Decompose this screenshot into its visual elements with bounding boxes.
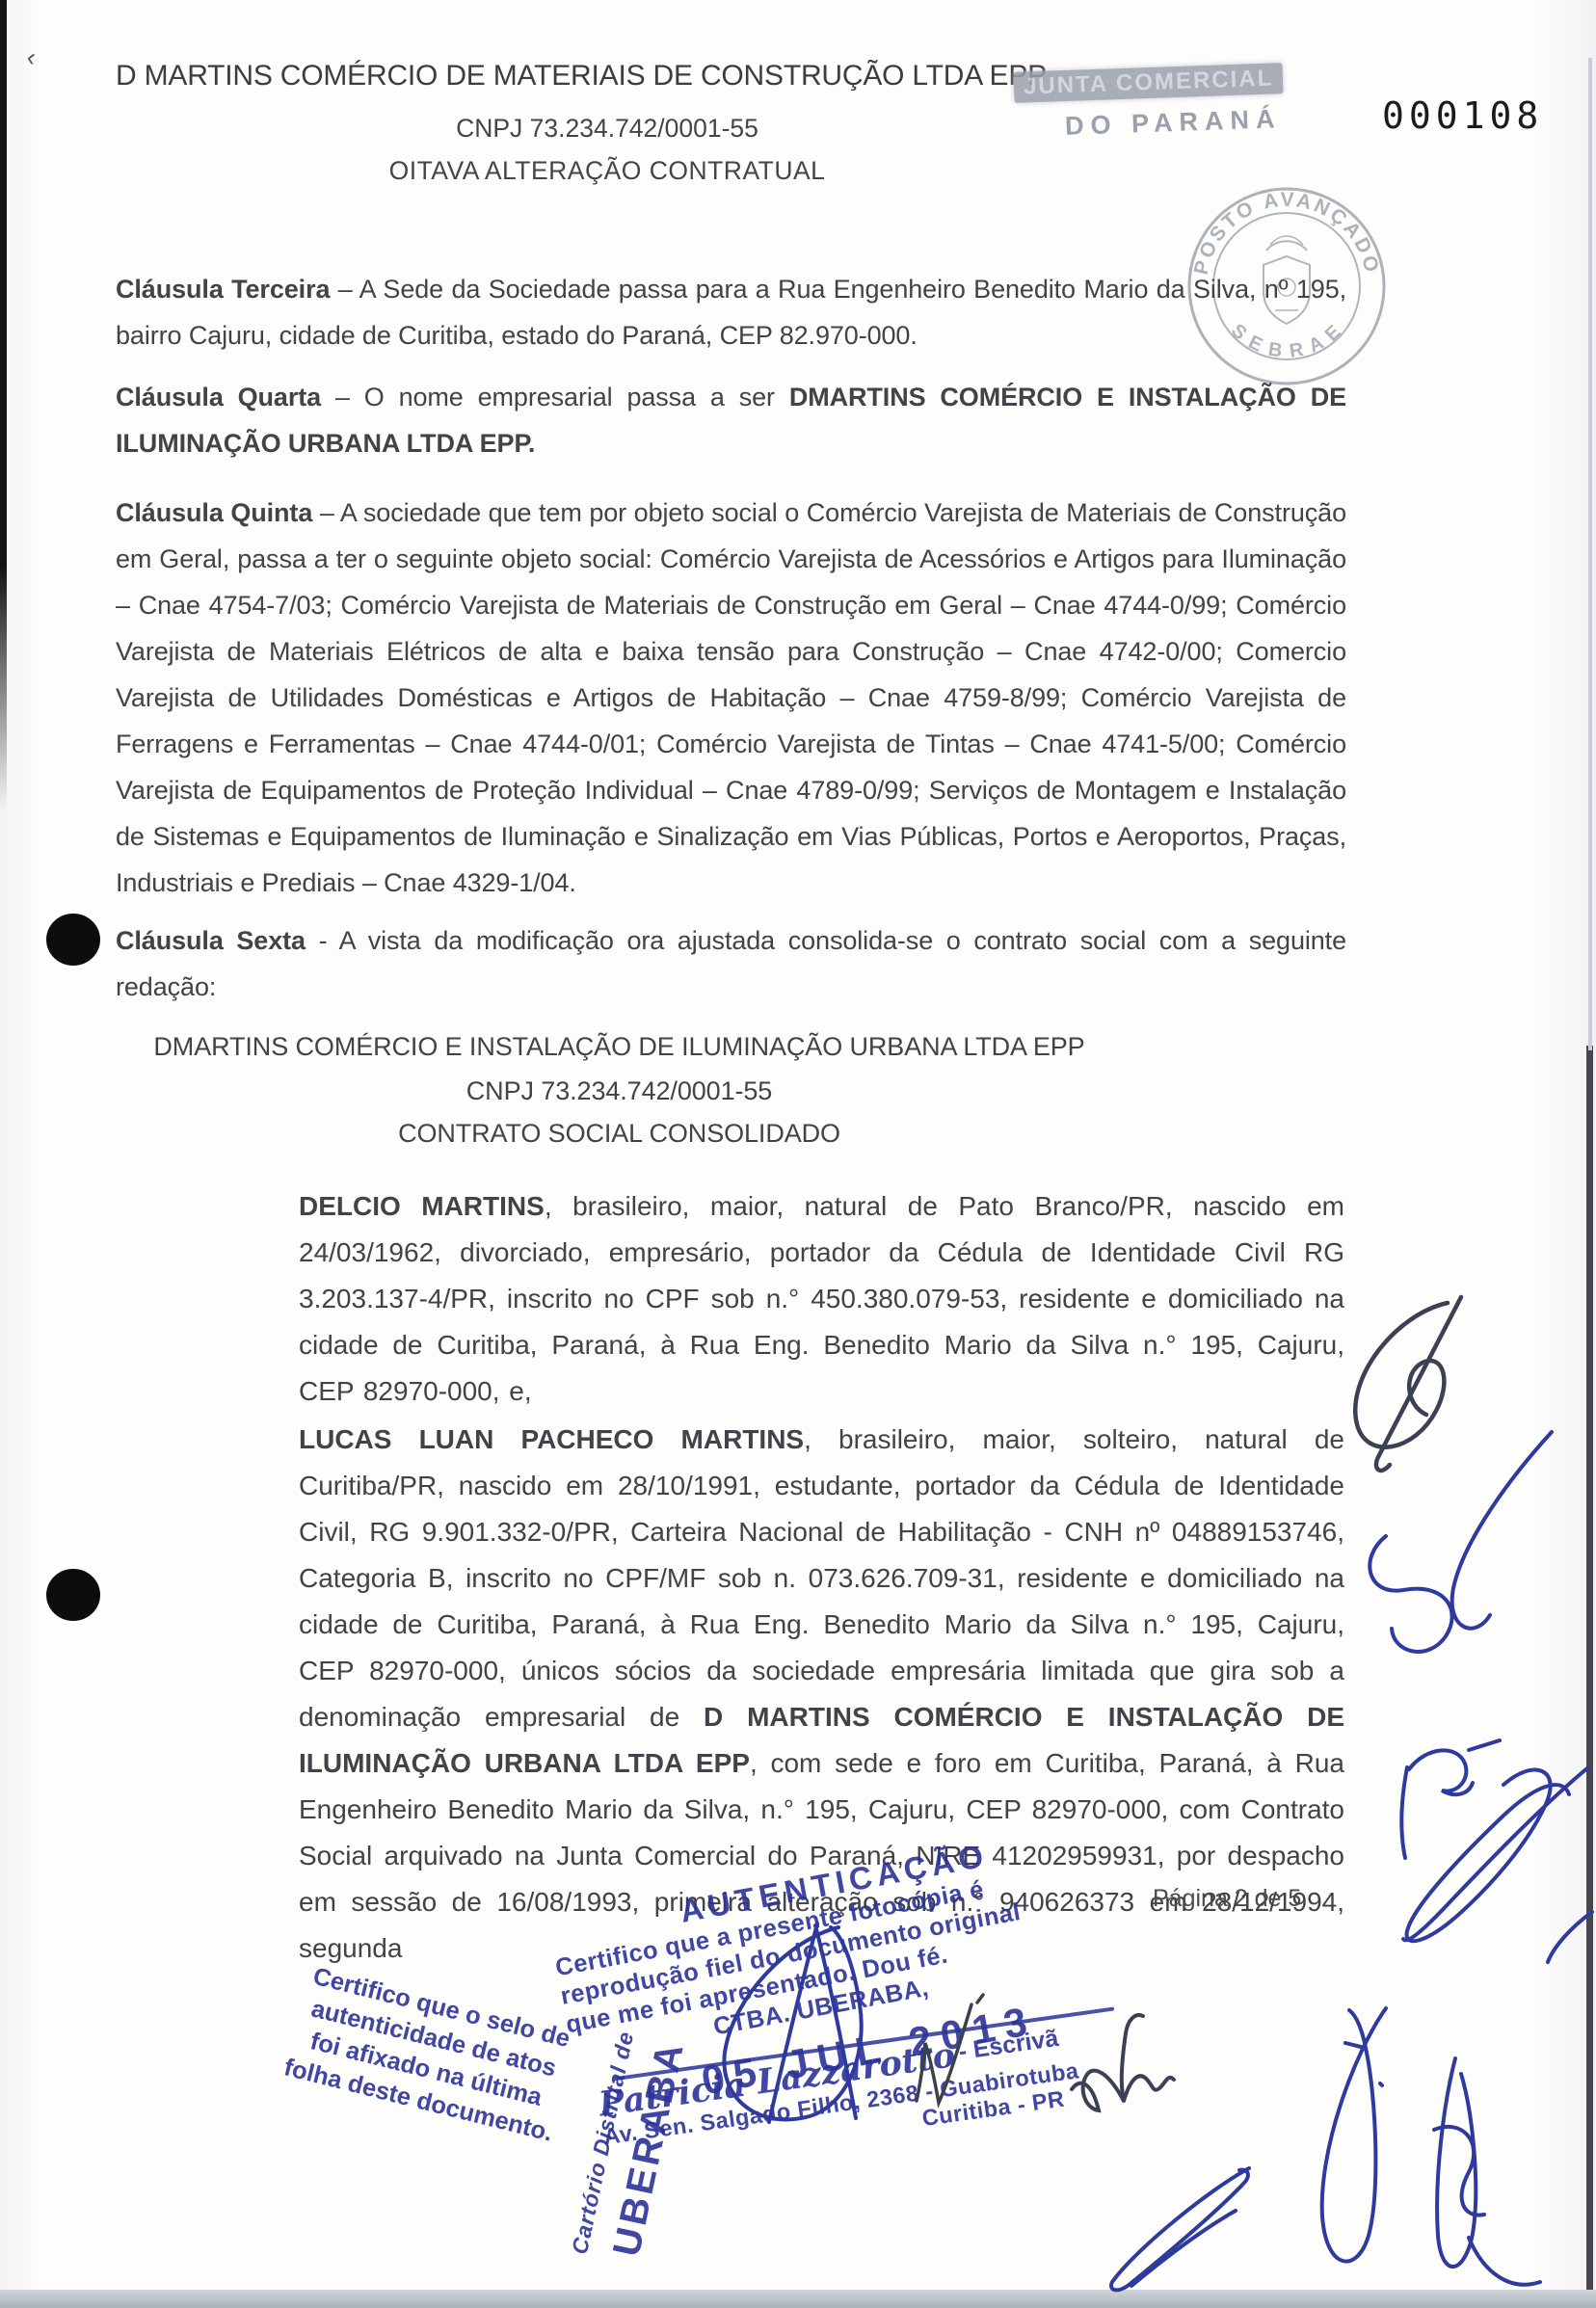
junta-comercial-stamp: JUNTA COMERCIAL — [1014, 63, 1284, 103]
clause-quinta-label: Cláusula Quinta — [116, 498, 312, 527]
clause-sexta: Cláusula Sexta - A vista da modificação … — [116, 917, 1346, 1010]
partner-delcio-paragraph: DELCIO MARTINS, brasileiro, maior, natur… — [299, 1183, 1344, 1415]
partner-lucas-name: LUCAS LUAN PACHECO MARTINS — [299, 1424, 804, 1454]
consolidated-title: CONTRATO SOCIAL CONSOLIDADO — [116, 1110, 1123, 1156]
partner-delcio-name: DELCIO MARTINS — [299, 1191, 545, 1221]
partner-lucas-text1: , brasileiro, maior, solteiro, natural d… — [299, 1424, 1344, 1732]
header-cnpj: CNPJ 73.234.742/0001-55 — [135, 114, 1079, 144]
signature-initial-dark — [1355, 1297, 1461, 1471]
consolidated-cnpj: CNPJ 73.234.742/0001-55 — [116, 1068, 1123, 1114]
scan-edge-bottom — [0, 2290, 1596, 2308]
protocol-number-stamp: 000108 — [1382, 94, 1543, 137]
signature-tall-loops-blue — [1322, 2008, 1540, 2285]
signature-scurve-blue — [1370, 1432, 1552, 1652]
stamp-arc-top-text: POSTO AVANÇADO — [1190, 189, 1384, 277]
signature-diagonal-stroke — [1111, 2168, 1249, 2290]
partner-delcio-text: , brasileiro, maior, natural de Pato Bra… — [299, 1191, 1344, 1406]
clause-quinta-text: – A sociedade que tem por objeto social … — [116, 498, 1346, 897]
doc-type-title: OITAVA ALTERAÇÃO CONTRATUAL — [135, 156, 1079, 186]
signature-pair-blue — [1401, 1740, 1592, 1962]
scan-edge-right — [1586, 1046, 1593, 2308]
page-indicator: Página 2 de 5 — [1153, 1885, 1301, 1913]
scanned-document-page: ‹ D MARTINS COMÉRCIO DE MATERIAIS DE CON… — [0, 0, 1596, 2308]
clause-quarta-label: Cláusula Quarta — [116, 383, 321, 411]
svg-text:POSTO AVANÇADO: POSTO AVANÇADO — [1190, 189, 1384, 277]
consolidated-company-name: DMARTINS COMÉRCIO E INSTALAÇÃO DE ILUMIN… — [116, 1023, 1123, 1070]
clause-quinta: Cláusula Quinta – A sociedade que tem po… — [116, 490, 1346, 906]
hole-punch-top — [46, 914, 100, 966]
clause-quarta: Cláusula Quarta – O nome empresarial pas… — [116, 374, 1346, 466]
clause-terceira-label: Cláusula Terceira — [116, 275, 330, 304]
clause-sexta-label: Cláusula Sexta — [116, 926, 306, 955]
pencil-mark: ‹ — [24, 41, 38, 72]
junta-comercial-stamp-line2: DO PARANÁ — [1065, 104, 1282, 142]
hole-punch-bottom — [46, 1569, 100, 1621]
page-title: D MARTINS COMÉRCIO DE MATERIAIS DE CONST… — [116, 60, 1047, 93]
clause-terceira: Cláusula Terceira – A Sede da Sociedade … — [116, 266, 1346, 358]
escriva-role: - Escrivã — [957, 2025, 1060, 2065]
scan-edge-left — [0, 0, 7, 809]
scan-edge-right-faint — [1588, 58, 1592, 1050]
clause-quarta-text: – O nome empresarial passa a ser — [321, 383, 789, 411]
